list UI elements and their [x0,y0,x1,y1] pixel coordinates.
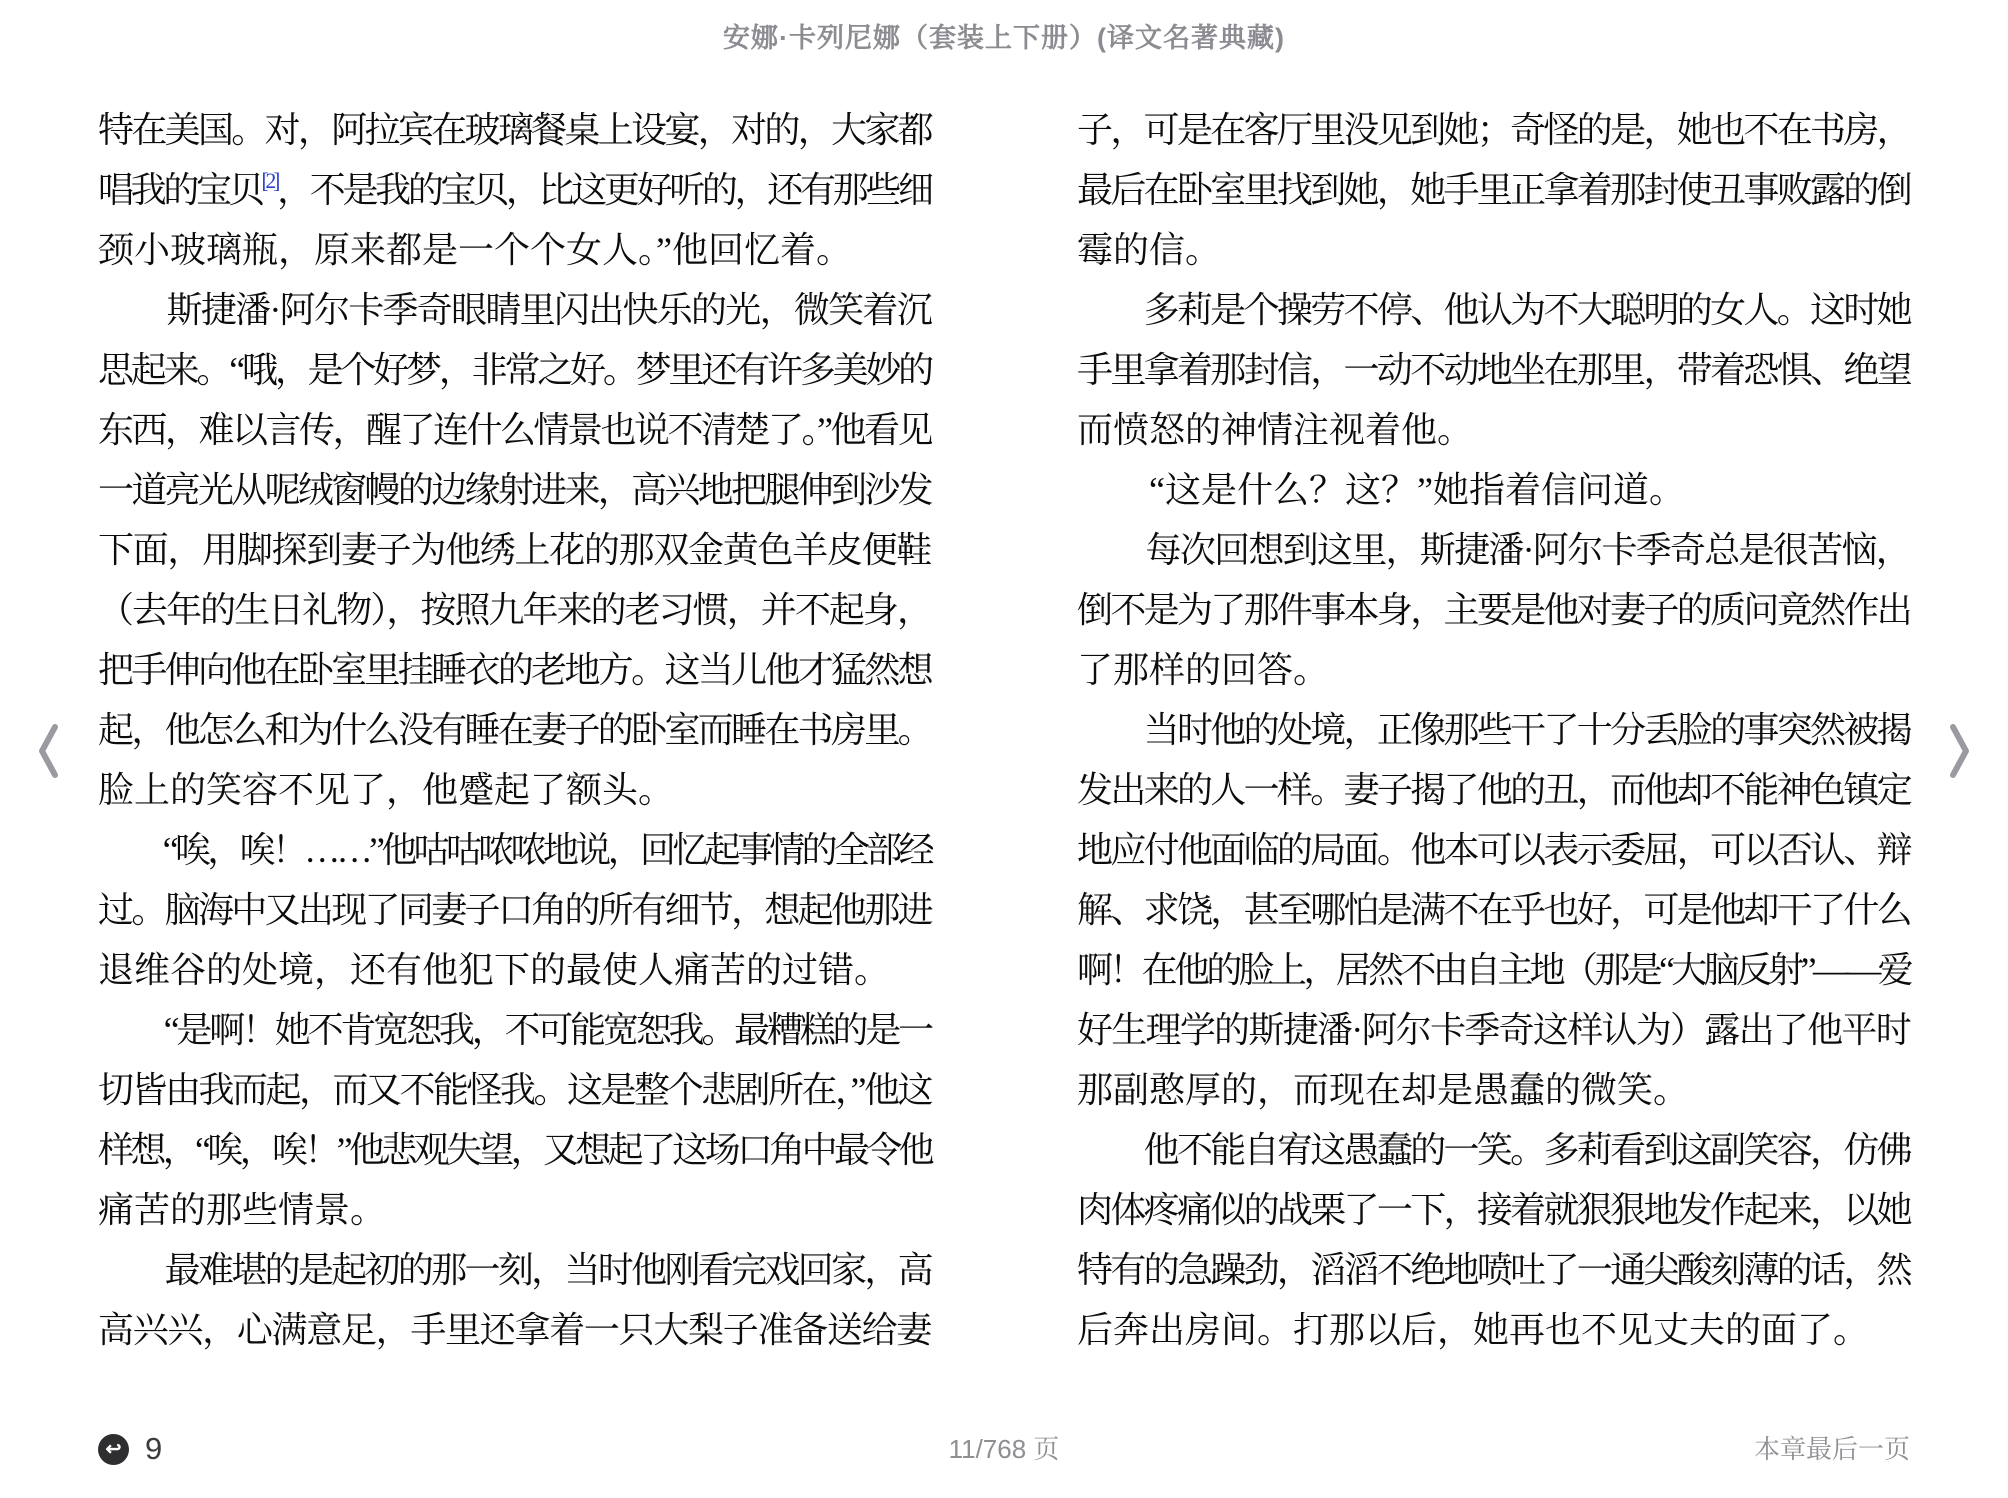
text-line: “唉，唉！……”他咕咕哝哝地说，回忆起事情的全部经 [98,820,931,880]
reader-footer: ↩ 9 11/768 页 本章最后一页 [98,1428,1910,1470]
text-line: 脸上的笑容不见了，他蹙起了额头。 [98,760,931,820]
text-line: 当时他的处境，正像那些干了十分丢脸的事突然被揭 [1077,700,1910,760]
text-line: 痛苦的那些情景。 [98,1180,931,1240]
next-page-button[interactable] [1930,712,1990,792]
chapter-end-label: 本章最后一页 [1754,1428,1910,1470]
text-line: 多莉是个操劳不停、他认为不大聪明的女人。这时她 [1077,280,1910,340]
reading-column-right: 子，可是在客厅里没见到她；奇怪的是，她也不在书房， 最后在卧室里找到她，她手里正… [1077,100,1910,1360]
text-line: 后奔出房间。打那以后，她再也不见丈夫的面了。 [1077,1300,1910,1360]
text-line: 一道亮光从呢绒窗幔的边缘射进来，高兴地把腿伸到沙发 [98,460,931,520]
text-line: 好生理学的斯捷潘·阿尔卡季奇这样认为）露出了他平时 [1077,1000,1910,1060]
text-line: 切皆由我而起，而又不能怪我。这是整个悲剧所在，”他这 [98,1060,931,1120]
text-line: 那副憨厚的，而现在却是愚蠢的微笑。 [1077,1060,1910,1120]
book-title: 安娜·卡列尼娜（套装上下册）(译文名著典藏) [0,16,2008,55]
text-line: 斯捷潘·阿尔卡季奇眼睛里闪出快乐的光，微笑着沉 [98,280,931,340]
text-segment: ，不是我的宝贝，比这更好听的，还有那些细 [277,170,931,210]
text-line: 把手伸向他在卧室里挂睡衣的老地方。这当儿他才猛然想 [98,640,931,700]
text-line: 过。脑海中又出现了同妻子口角的所有细节，想起他那进 [98,880,931,940]
text-line: 最难堪的是起初的那一刻，当时他刚看完戏回家，高 [98,1240,931,1300]
text-line: 思起来。“哦，是个好梦，非常之好。梦里还有许多美妙的 [98,340,931,400]
ebook-reader-page: 安娜·卡列尼娜（套装上下册）(译文名著典藏) 特在美国。对，阿拉宾在玻璃餐桌上设… [0,0,2008,1498]
text-line: 下面，用脚探到妻子为他绣上花的那双金黄色羊皮便鞋 [98,520,931,580]
text-line: 啊！在他的脸上，居然不由自主地（那是“大脑反射”——爱 [1077,940,1910,1000]
chevron-left-icon [35,721,61,784]
text-line: 特有的急躁劲，滔滔不绝地喷吐了一通尖酸刻薄的话，然 [1077,1240,1910,1300]
text-line: 颈小玻璃瓶，原来都是一个个女人。”他回忆着。 [98,220,931,280]
text-line: 而愤怒的神情注视着他。 [1077,400,1910,460]
reading-column-left: 特在美国。对，阿拉宾在玻璃餐桌上设宴，对的，大家都 唱我的宝贝[2]，不是我的宝… [98,100,931,1360]
text-line: 退维谷的处境，还有他犯下的最使人痛苦的过错。 [98,940,931,1000]
text-line: 起，他怎么和为什么没有睡在妻子的卧室而睡在书房里。 [98,700,931,760]
text-line: 地应付他面临的局面。他本可以表示委屈，可以否认、辩 [1077,820,1910,880]
text-line: （去年的生日礼物），按照九年来的老习惯，并不起身， [98,580,931,640]
text-line: “是啊！她不肯宽恕我，不可能宽恕我。最糟糕的是一 [98,1000,931,1060]
text-line: 倒不是为了那件事本身，主要是他对妻子的质问竟然作出 [1077,580,1910,640]
footnote-ref[interactable]: [2] [261,168,277,193]
text-line: 肉体疼痛似的战栗了一下，接着就狠狠地发作起来，以她 [1077,1180,1910,1240]
text-line: 发出来的人一样。妻子揭了他的丑，而他却不能神色镇定 [1077,760,1910,820]
text-segment: 唱我的宝贝 [98,170,261,210]
text-line: 每次回想到这里，斯捷潘·阿尔卡季奇总是很苦恼， [1077,520,1910,580]
text-line: 最后在卧室里找到她，她手里正拿着那封使丑事败露的倒 [1077,160,1910,220]
page-indicator: 11/768 页 [98,1428,1910,1470]
text-line: 霉的信。 [1077,220,1910,280]
text-line: 解、求饶，甚至哪怕是满不在乎也好，可是他却干了什么 [1077,880,1910,940]
text-line: 东西，难以言传，醒了连什么情景也说不清楚了。”他看见 [98,400,931,460]
chevron-right-icon [1947,721,1973,784]
text-line: 他不能自宥这愚蠢的一笑。多莉看到这副笑容，仿佛 [1077,1120,1910,1180]
text-line: 样想，“唉，唉！”他悲观失望，又想起了这场口角中最令他 [98,1120,931,1180]
text-line: 手里拿着那封信，一动不动地坐在那里，带着恐惧、绝望 [1077,340,1910,400]
previous-page-button[interactable] [18,712,78,792]
text-line: 唱我的宝贝[2]，不是我的宝贝，比这更好听的，还有那些细 [98,160,931,220]
text-line: 了那样的回答。 [1077,640,1910,700]
text-line: 特在美国。对，阿拉宾在玻璃餐桌上设宴，对的，大家都 [98,100,931,160]
text-line: 高兴兴，心满意足，手里还拿着一只大梨子准备送给妻 [98,1300,931,1360]
text-line: 子，可是在客厅里没见到她；奇怪的是，她也不在书房， [1077,100,1910,160]
text-line: “这是什么？这？”她指着信问道。 [1077,460,1910,520]
